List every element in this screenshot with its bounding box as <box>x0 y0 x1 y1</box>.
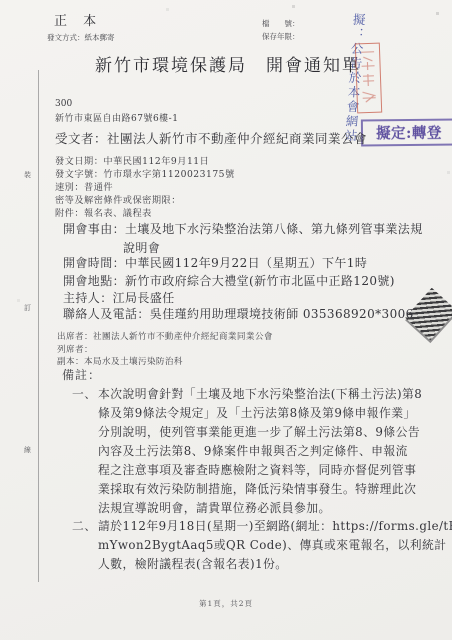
copy-type-label: 正 本 <box>54 10 102 29</box>
remark1-line: 程之注意事項及審查時應檢附之資料等，同時亦督促列管事 <box>98 461 416 478</box>
binding-line <box>38 70 39 582</box>
red-stamp-glyphs <box>356 44 381 113</box>
delivery-method-label: 發文方式：紙本郵寄 <box>47 32 115 43</box>
remark2-line: 人數，檢附議程表(含報名表)1份。 <box>98 555 288 572</box>
binding-mark: 線 <box>24 445 31 455</box>
remark1-line: 法規宣導說明會，請貴單位務必派員參加。 <box>98 499 331 516</box>
remarks-label: 備註： <box>62 366 101 383</box>
binding-mark: 裝 <box>24 170 31 180</box>
reference-number-line: 發文字號：竹市環水字第1120023175號 <box>55 166 235 180</box>
scanned-meeting-notice: 裝 訂 線 正 本 發文方式：紙本郵寄 檔 號： 保存年限： 新竹市環境保護局 … <box>0 0 452 640</box>
observer-line: 列席者： <box>57 343 93 355</box>
recipient-line: 受文者：社團法人新竹市不動產仲介經紀商業同業公會 <box>55 129 367 147</box>
remark1-line: 業採取有效污染防制措施，降低污染情事發生。特辦理此次 <box>98 480 416 497</box>
purple-decision-stamp: 擬定:轉登 <box>361 118 452 146</box>
sent-date-line: 發文日期：中華民國112年9月11日 <box>55 153 209 167</box>
page-number-footer: 第1頁，共2頁 <box>0 598 452 609</box>
remark2-line: mYwon2BygtAaq5或QR Code)、傳真或來電報名，以利統計 <box>98 536 446 553</box>
document-title: 新竹市環境保護局 開會通知單 <box>88 51 368 76</box>
meeting-time-line: 開會時間：中華民國112年9月22日（星期五）下午1時 <box>63 254 367 271</box>
chairperson-line: 主持人：江局長盛任 <box>63 289 175 306</box>
meeting-place-line: 開會地點：新竹市政府綜合大禮堂(新竹市北區中正路120號) <box>63 272 395 289</box>
postal-code: 300 <box>55 99 72 109</box>
remark2-bullet: 二、 <box>72 517 97 534</box>
remark1-line: 條及第9條法令規定」及「土污法第8條及第9條申報作業」 <box>98 404 416 421</box>
attendee-line: 出席者：社團法人新竹市不動產仲介經紀商業同業公會 <box>57 330 273 342</box>
recipient-address: 新竹市東區自由路67號6樓-1 <box>55 111 178 124</box>
binding-mark: 訂 <box>24 303 31 313</box>
remark1-bullet: 一、 <box>72 385 97 402</box>
file-number-label: 檔 號： <box>262 18 300 29</box>
remark2-line: 請於112年9月18日(星期一)至網路(網址：https://forms.gle… <box>98 517 452 534</box>
scan-noise <box>0 0 1 1</box>
contact-line: 聯絡人及電話：吳佳瑾約用助理環境技術師 035368920*3006 <box>63 305 414 322</box>
remark1-line: 本次說明會針對「土壤及地下水污染整治法(下稱土污法)第8 <box>98 385 422 402</box>
priority-line: 速別：普通件 <box>55 179 113 193</box>
retention-period-label: 保存年限： <box>262 31 300 42</box>
red-receipt-stamp <box>355 43 382 114</box>
remark1-line: 內容及土污法第8、9條案件申報與否之判定條件、申報流 <box>98 442 408 459</box>
meeting-subject-line1: 開會事由：土壤及地下水污染整治法第八條、第九條列管事業法規 <box>63 220 423 237</box>
attachment-line: 附件：報名表、議程表 <box>55 205 152 219</box>
remark1-line: 分別說明，使列管事業能更進一步了解土污法第8、9條公告 <box>98 423 420 440</box>
classification-line: 密等及解密條件或保密期限： <box>55 192 181 206</box>
